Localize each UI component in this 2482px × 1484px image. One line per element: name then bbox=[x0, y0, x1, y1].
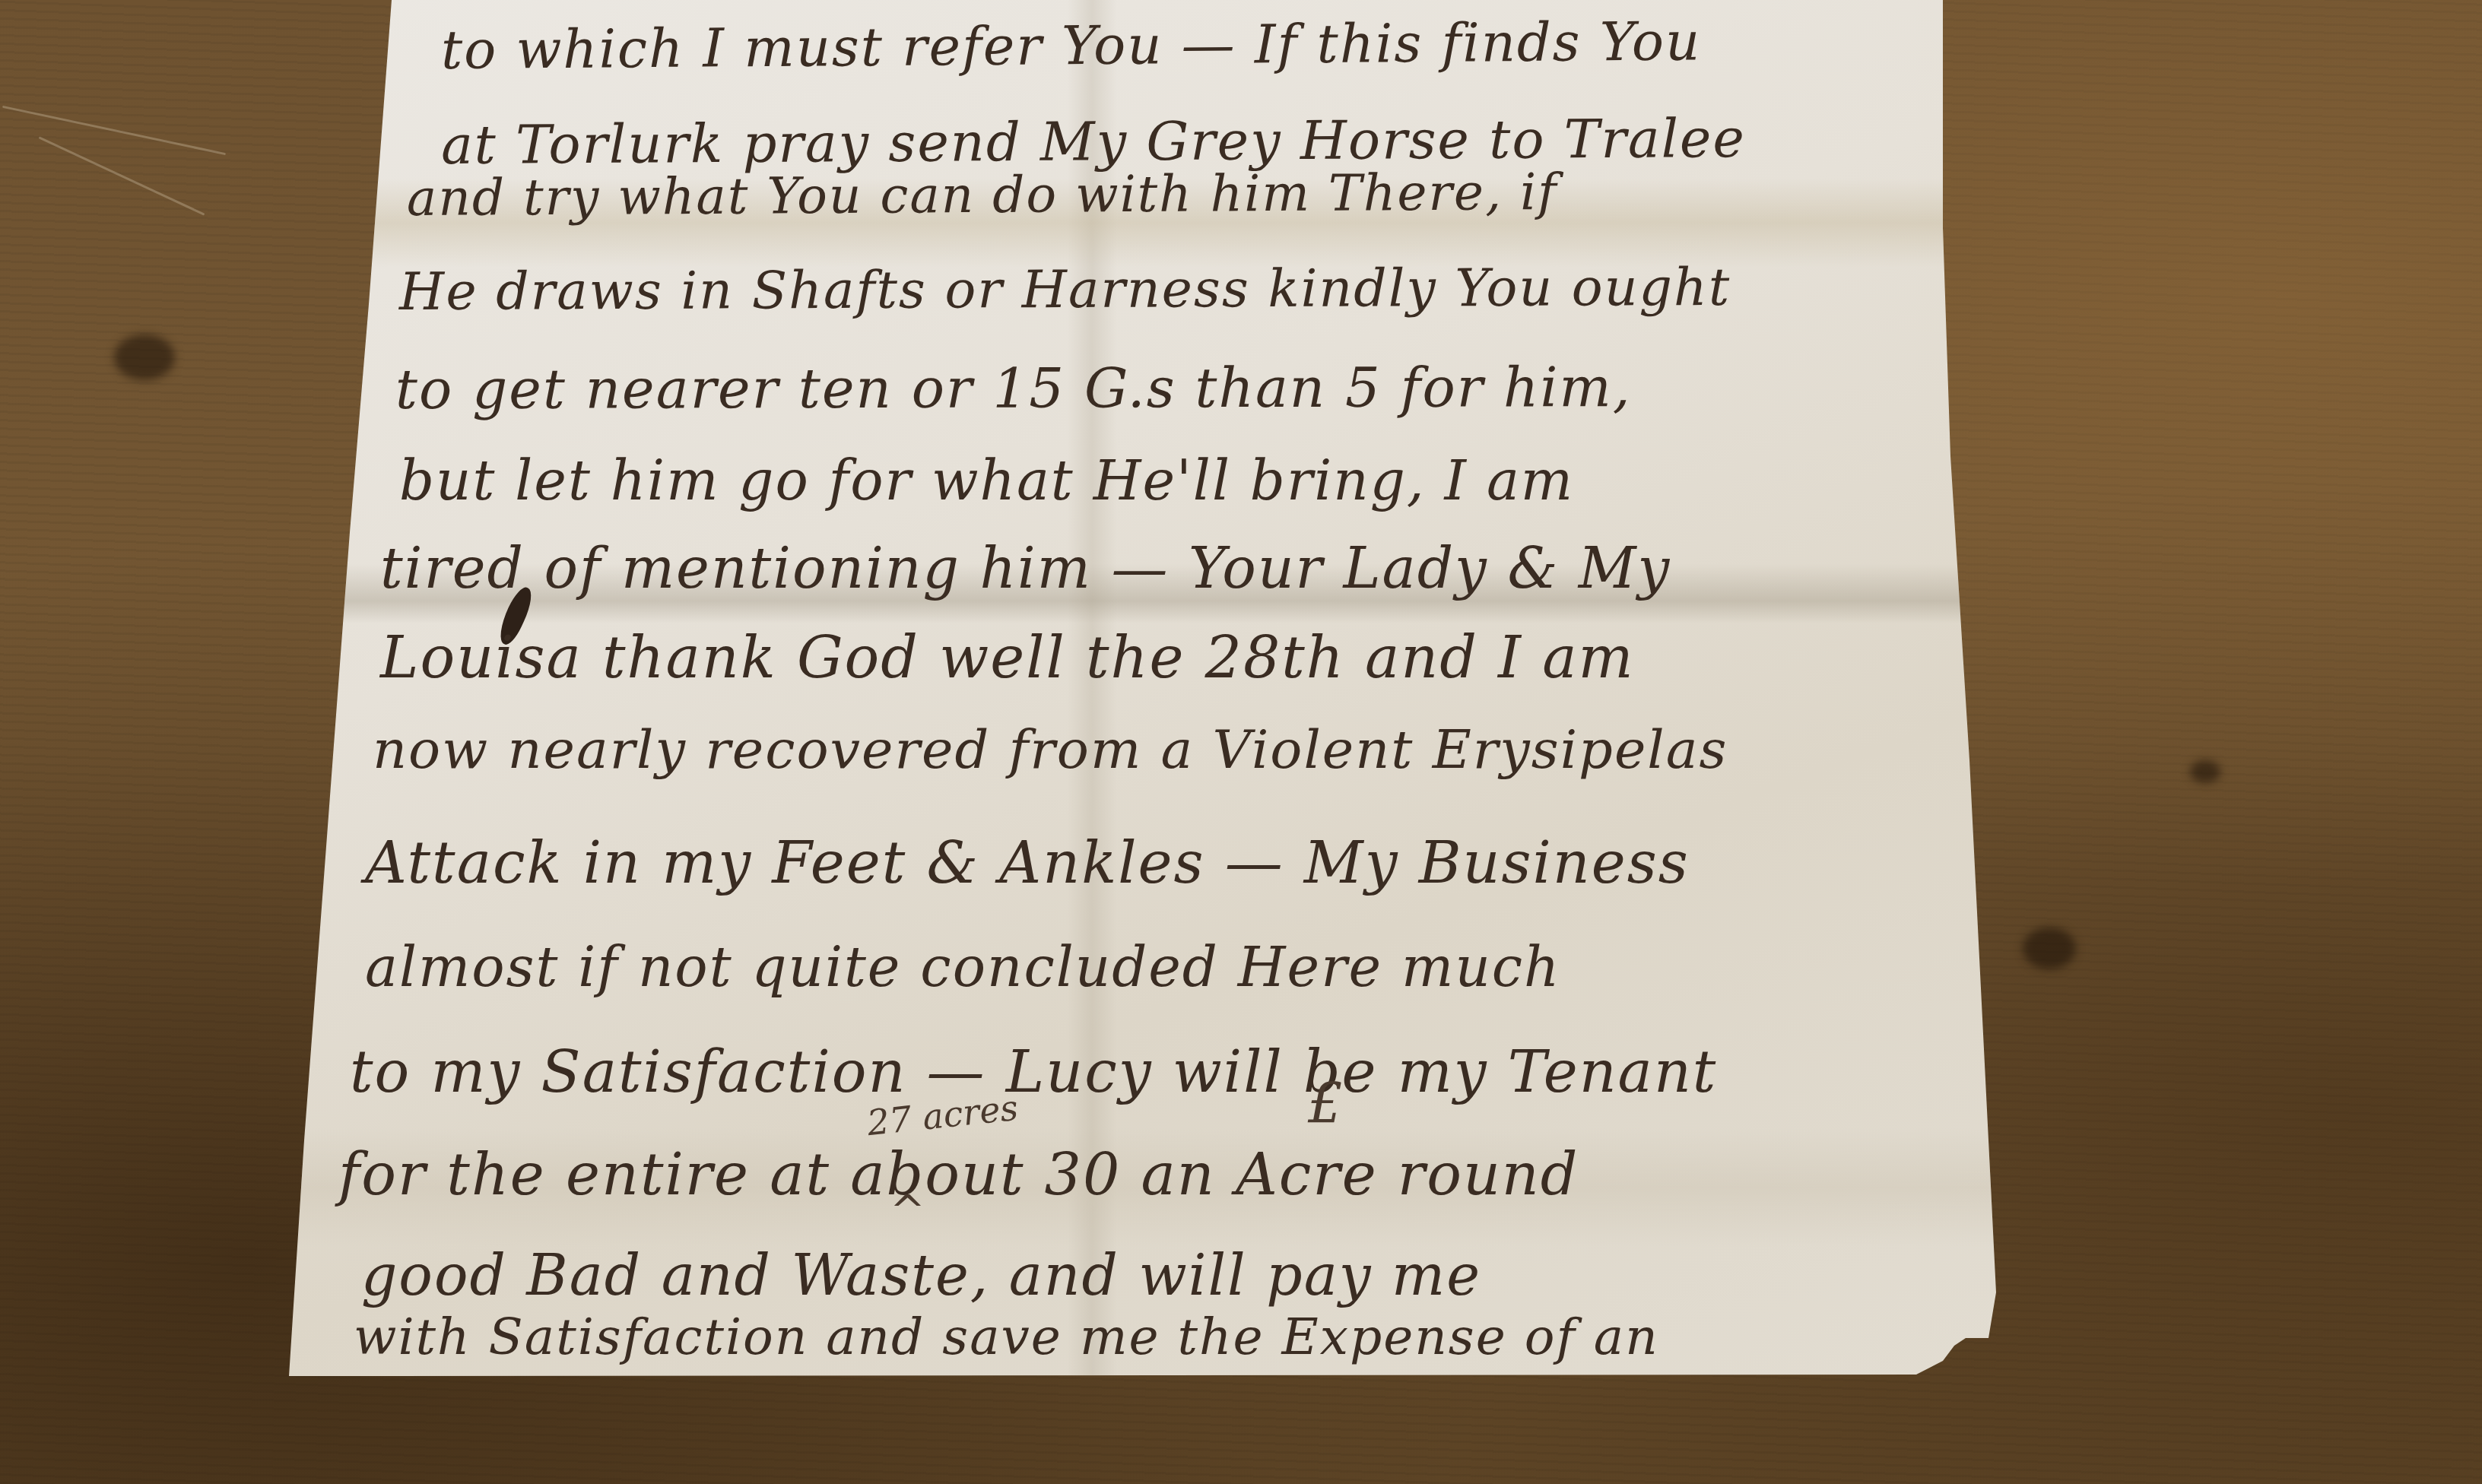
letter-line-9: now nearly recovered from a Violent Erys… bbox=[373, 718, 1728, 781]
insertion-caret: ^ bbox=[890, 1186, 925, 1235]
letter-line-1: to which I must refer You — If this find… bbox=[441, 10, 1702, 81]
pound-sign: £ bbox=[1308, 1072, 1343, 1136]
letter-line-13: for the entire at about 30 an Acre round bbox=[338, 1140, 1579, 1208]
letter-line-10: Attack in my Feet & Ankles — My Business bbox=[365, 829, 1690, 896]
letter-line-12: to my Satisfaction — Lucy will be my Ten… bbox=[350, 1038, 1717, 1105]
table-stain bbox=[2190, 760, 2220, 783]
letter-line-14: good Bad and Waste, and will pay me bbox=[361, 1243, 1481, 1308]
letter-line-4: He draws in Shafts or Harness kindly You… bbox=[399, 258, 1731, 322]
letter-line-7: tired of mentioning him — Your Lady & My bbox=[380, 536, 1671, 601]
letter-line-5: to get nearer ten or 15 G.s than 5 for h… bbox=[395, 355, 1632, 421]
letter-line-8: Louisa thank God well the 28th and I am bbox=[380, 623, 1635, 691]
table-scratch bbox=[2, 106, 226, 155]
table-scratch bbox=[39, 136, 205, 215]
table-stain bbox=[2023, 927, 2076, 969]
letter-line-3: and try what You can do with him There, … bbox=[407, 163, 1558, 227]
letter-line-6: but let him go for what He'll bring, I a… bbox=[399, 449, 1574, 512]
letter-line-15: with Satisfaction and save me the Expens… bbox=[354, 1308, 1659, 1366]
letter-line-11: almost if not quite concluded Here much bbox=[365, 935, 1560, 999]
table-stain bbox=[114, 335, 175, 380]
